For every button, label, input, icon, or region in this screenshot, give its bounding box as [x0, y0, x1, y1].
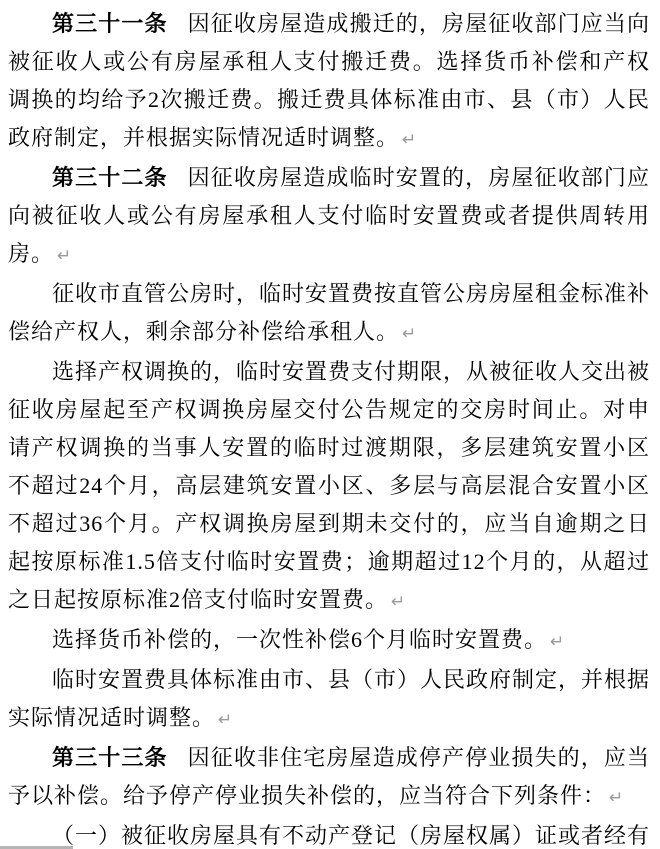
paragraph-mark-icon: ↵ [388, 592, 405, 612]
paragraph: 选择产权调换的，临时安置费支付期限，从被征收人交出被征收房屋起至产权调换房屋交付… [8, 353, 650, 621]
document-page[interactable]: 第三十一条因征收房屋造成搬迁的，房屋征收部门应当向被征收人或公有房屋承租人支付搬… [0, 0, 660, 849]
paragraph: 第三十三条因征收非住宅房屋造成停产停业损失的，应当予以补偿。给予停产停业损失补偿… [8, 739, 650, 817]
paragraph-mark-icon: ↵ [606, 788, 623, 808]
article-number: 第三十二条 [52, 165, 188, 190]
paragraph: 征收市直管公房时，临时安置费按直管公房房屋租金标准补偿给产权人，剩余部分补偿给承… [8, 275, 650, 353]
paragraph-mark-icon: ↵ [547, 632, 564, 652]
paragraph-mark-icon: ↵ [399, 324, 416, 344]
paragraph: 第三十二条因征收房屋造成临时安置的，房屋征收部门应向被征收人或公有房屋承租人支付… [8, 159, 650, 275]
paragraph-text: 选择货币补偿的，一次性补偿6个月临时安置费。 [52, 627, 547, 652]
paragraph-text: （一）被征收房屋具有不动产登记（房屋权属）证或者经有 [52, 823, 650, 848]
paragraph: 临时安置费具体标准由市、县（市）人民政府制定，并根据实际情况适时调整。↵ [8, 661, 650, 739]
paragraph-text: 临时安置费具体标准由市、县（市）人民政府制定，并根据实际情况适时调整。 [8, 667, 650, 730]
article-number: 第三十三条 [52, 745, 188, 770]
paragraph-text: 选择产权调换的，临时安置费支付期限，从被征收人交出被征收房屋起至产权调换房屋交付… [8, 359, 650, 612]
paragraph: （一）被征收房屋具有不动产登记（房屋权属）证或者经有 [8, 817, 650, 849]
paragraph-text: 征收市直管公房时，临时安置费按直管公房房屋租金标准补偿给产权人，剩余部分补偿给承… [8, 281, 650, 344]
paragraph: 选择货币补偿的，一次性补偿6个月临时安置费。↵ [8, 621, 650, 661]
paragraph: 第三十一条因征收房屋造成搬迁的，房屋征收部门应当向被征收人或公有房屋承租人支付搬… [8, 5, 650, 159]
article-number: 第三十一条 [52, 11, 188, 36]
paragraph-mark-icon: ↵ [54, 246, 71, 266]
paragraph-mark-icon: ↵ [215, 710, 232, 730]
paragraph-mark-icon: ↵ [399, 130, 416, 150]
